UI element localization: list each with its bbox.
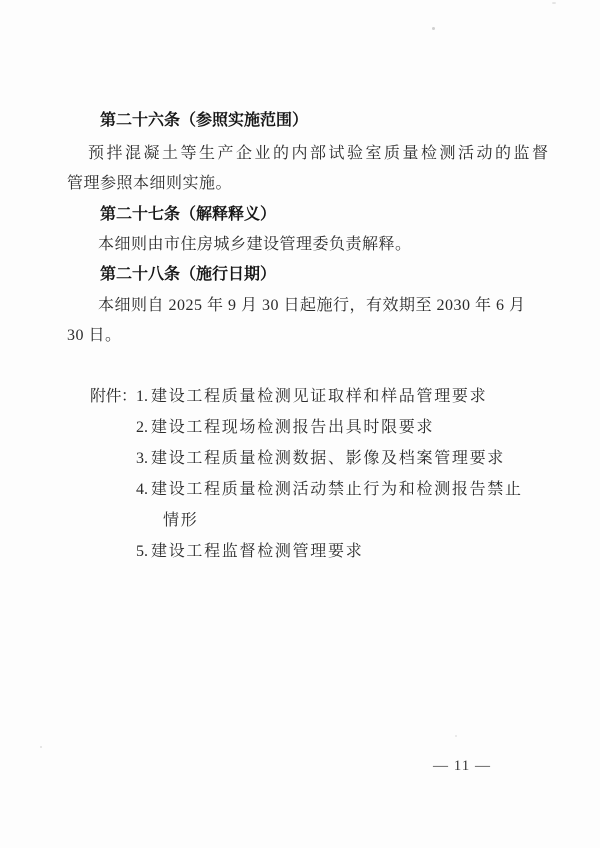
attachment-item-4: 4.建设工程质量检测活动禁止行为和检测报告禁止 — [136, 480, 523, 500]
attachment-item-3: 3.建设工程质量检测数据、影像及档案管理要求 — [136, 449, 505, 469]
attachment-item-3-number: 3. — [136, 450, 148, 467]
attachment-item-4-number: 4. — [136, 481, 148, 498]
article-27-heading: 第二十七条（解释释义） — [100, 205, 276, 225]
scan-speck — [40, 746, 42, 748]
article-28-body-line-1: 本细则自 2025 年 9 月 30 日起施行，有效期至 2030 年 6 月 — [98, 296, 526, 316]
attachment-item-2-number: 2. — [136, 419, 148, 436]
scanned-document-page: 第二十六条（参照实施范围） 预拌混凝土等生产企业的内部试验室质量检测活动的监督 … — [0, 0, 600, 848]
attachments-label: 附件： — [90, 387, 137, 407]
article-28-body-line-2: 30 日。 — [67, 326, 122, 346]
attachment-item-5-number: 5. — [136, 543, 148, 560]
scan-speck — [432, 27, 435, 30]
article-27-body-line-1: 本细则由市住房城乡建设管理委负责解释。 — [98, 235, 412, 255]
article-26-heading: 第二十六条（参照实施范围） — [100, 111, 308, 131]
attachment-item-1-text: 建设工程质量检测见证取样和样品管理要求 — [151, 388, 487, 405]
article-28-heading: 第二十八条（施行日期） — [100, 265, 276, 285]
page-number: — 11 — — [433, 756, 491, 776]
scan-speck — [552, 2, 556, 4]
article-26-body-line-1: 预拌混凝土等生产企业的内部试验室质量检测活动的监督 — [88, 144, 551, 164]
attachment-item-2: 2.建设工程现场检测报告出具时限要求 — [136, 418, 434, 438]
scan-speck — [455, 735, 457, 737]
attachment-item-2-text: 建设工程现场检测报告出具时限要求 — [151, 419, 434, 436]
article-26-body-line-2: 管理参照本细则实施。 — [67, 174, 232, 194]
attachment-item-1-number: 1. — [136, 388, 148, 405]
attachment-item-5: 5.建设工程监督检测管理要求 — [136, 542, 363, 562]
attachment-item-5-text: 建设工程监督检测管理要求 — [151, 543, 363, 560]
attachment-item-3-text: 建设工程质量检测数据、影像及档案管理要求 — [151, 450, 505, 467]
attachment-item-1: 1.建设工程质量检测见证取样和样品管理要求 — [136, 387, 487, 407]
attachment-item-4-continuation: 情形 — [163, 511, 198, 531]
attachment-item-4-text: 建设工程质量检测活动禁止行为和检测报告禁止 — [151, 481, 523, 498]
